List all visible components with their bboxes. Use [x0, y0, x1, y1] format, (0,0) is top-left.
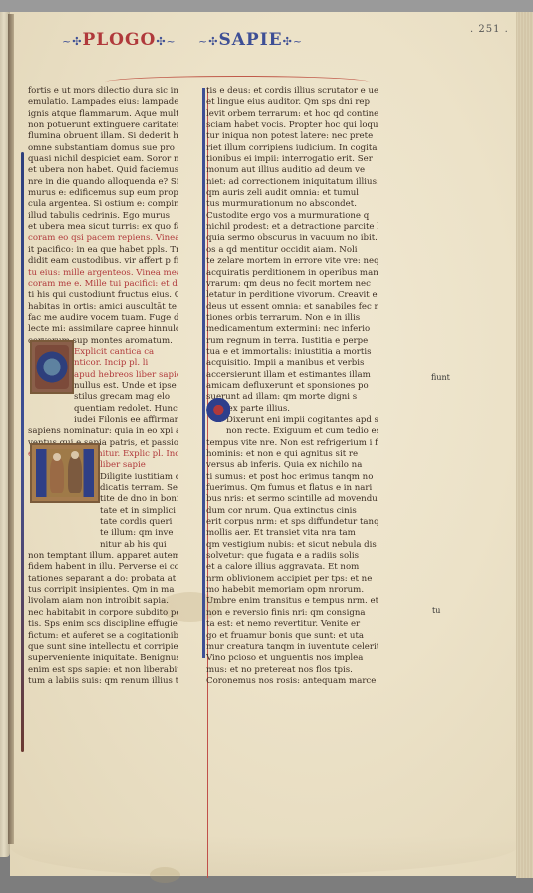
illuminated-initial-prologue	[30, 340, 74, 394]
text-line: medicamentum extermini: nec inferio	[206, 324, 378, 335]
text-line: quasi nichil despiciet eam. Soror nra pa…	[28, 154, 178, 165]
text-line: fuerimus. Qm fumus et flatus e in nari	[206, 483, 378, 494]
text-line: os a qd mentitur occidit aiam. Noli	[206, 245, 378, 256]
text-line: tis e deus: et cordis illius scrutator e…	[206, 86, 378, 97]
text-line: tum a labiis suis: qm renum illius test	[28, 676, 178, 687]
scan-background-top	[0, 0, 533, 12]
pen-flourish-icon: ~✣	[198, 35, 218, 48]
text-line: riet illum corripiens iudicium. In cogit…	[206, 143, 378, 154]
decorated-initial-dixerunt	[204, 396, 230, 424]
text-line: sciam habet vocis. Propter hoc qui loqu	[206, 120, 378, 131]
text-line: et ubera non habet. Quid faciemus sorori	[28, 165, 178, 176]
text-line: enim est sps sapie: et non liberabit mal…	[28, 665, 178, 676]
text-line: niet: ad correctionem iniquitatum illius…	[206, 177, 378, 188]
text-line: ta est: et nemo revertitur. Venite er	[206, 619, 378, 630]
text-line: tur iniqua non potest latere: nec prete	[206, 131, 378, 142]
text-line: monum aut illius auditio ad deum ve	[206, 165, 378, 176]
foliate-ornament-icon	[35, 345, 69, 389]
text-line: et a calore illius aggravata. Et nom	[206, 562, 378, 573]
text-line: dum cor nrum. Qua extinctus cinis	[206, 506, 378, 517]
folio-number: . 251 .	[470, 24, 509, 35]
text-line: nitur ab his qui	[28, 540, 178, 551]
text-line: acquiratis perditionem in operibus manuu	[206, 268, 378, 279]
text-line: cula argentea. Si ostium e: compingam	[28, 199, 178, 210]
text-line: non potuerunt extinguere caritatem: n	[28, 120, 178, 131]
text-line: Custodite ergo vos a murmuratione q	[206, 211, 378, 222]
text-line: fidem habent in illu. Perverse ei cogi	[28, 562, 178, 573]
text-line: quentiam redolet. Hunc	[28, 404, 178, 415]
text-line: tus murmurationum no abscondet.	[206, 199, 378, 210]
text-line: versus ab inferis. Quia ex nichilo na	[206, 460, 378, 471]
text-line: nec habitabit in corpore subdito pecca	[28, 608, 178, 619]
text-line: mollis aer. Et transiet vita nra tam	[206, 528, 378, 539]
standing-figure-icon	[68, 455, 82, 493]
text-line: fac me audire vocem tuam. Fuge di	[28, 313, 178, 324]
text-line: et ubera mea sicut turris: ex quo facta …	[28, 222, 178, 233]
running-head-left: ~✣PLOGO✣~	[62, 30, 177, 50]
figure-head-icon	[71, 451, 79, 459]
initial-d-frame	[36, 449, 94, 497]
text-line: tus corripit insipientes. Qm in ma	[28, 585, 178, 596]
text-line: amicam defluxerunt et sponsiones po	[206, 381, 378, 392]
text-line: non temptant illum. apparet autem eis q	[28, 551, 178, 562]
historiated-initial-d	[30, 443, 100, 503]
text-line: nichil prodest: et a detractione parcite…	[206, 222, 378, 233]
text-line: deus ut essent omnia: et sanabiles fec n…	[206, 302, 378, 313]
text-line: acquisitio. Impii a manibus et verbis	[206, 358, 378, 369]
marginal-vine-decoration	[21, 152, 24, 752]
binding-gutter	[8, 14, 14, 844]
text-line: Vino pcioso et unguentis nos implea	[206, 653, 378, 664]
marginal-note: fiunt	[431, 373, 450, 382]
text-line: tu eius: mille argenteos. Vinea mea	[28, 268, 178, 279]
text-line: sunt ex parte illius.	[206, 404, 378, 415]
text-line: qm auris zeli audit omnia: et tumul	[206, 188, 378, 199]
text-line: fictum: et auferet se a cogitationibus	[28, 631, 178, 642]
text-line: ti his qui custodiunt fructus eius. Que	[28, 290, 178, 301]
text-line: it pacifico: in ea que habet ppls. Tra	[28, 245, 178, 256]
text-line: habitas in ortis: amici auscultāt te	[28, 302, 178, 313]
text-line: bus nris: et sermo scintille ad movendu	[206, 494, 378, 505]
text-line: go et fruamur bonis que sunt: et uta	[206, 631, 378, 642]
text-line: lecte mi: assimilare capree hinnuloq	[28, 324, 178, 335]
pen-flourish-icon: ~✣	[62, 35, 82, 48]
text-line: nrm oblivionem accipiet per tps: et ne	[206, 574, 378, 585]
text-line: nre in die quando alloquenda e? Si	[28, 177, 178, 188]
text-line: tationes separant a do: probata at vir	[28, 574, 178, 585]
text-line: que sunt sine intellectu et corripietur …	[28, 642, 178, 653]
text-line: didit eam custodibus. vir affert p fruc	[28, 256, 178, 267]
text-line: et lingue eius auditor. Qm sps dni rep	[206, 97, 378, 108]
text-line: tua e et immortalis: iniustitia a mortis	[206, 347, 378, 358]
text-line: erit corpus nrm: et sps diffundetur tanq…	[206, 517, 378, 528]
text-line: levit orbem terrarum: et hoc qd continet…	[206, 109, 378, 120]
text-line: livolam aiam non introibit sapia.	[28, 596, 178, 607]
text-line: non recte. Exiguum et cum tedio est	[206, 426, 378, 437]
text-line: omne substantiam domus sue pro dilectioe	[28, 143, 178, 154]
text-line: fortis e ut mors dilectio dura sic infer…	[28, 86, 178, 97]
text-line: vrarum: qm deus no fecit mortem nec	[206, 279, 378, 290]
marginal-note: tu	[432, 606, 440, 615]
text-line: mo habebit memoriam opm nrorum.	[206, 585, 378, 596]
text-line: tempus vite nre. Non est refrigerium i f…	[206, 438, 378, 449]
running-head-right: ~✣SAPIE✣~	[198, 30, 303, 50]
text-line: Dixerunt eni impii cogitantes apd se	[206, 415, 378, 426]
text-line: mur creatura tanqm in iuventute celerite…	[206, 642, 378, 653]
running-head-right-text: SAPIE	[218, 30, 282, 50]
text-line: rum regnum in terra. Iustitia e perpe	[206, 336, 378, 347]
text-line: letatur in perditione vivorum. Creavit e	[206, 290, 378, 301]
text-line: suerunt ad illam: qm morte digni s	[206, 392, 378, 403]
seated-figure-icon	[50, 457, 64, 493]
text-line: coram eo qsi pacem repiens. Vinea fu	[28, 233, 178, 244]
text-line: te illum: qm inve	[28, 528, 178, 539]
text-line: qm vestigium nubis: et sicut nebula dis	[206, 540, 378, 551]
parchment-stain	[150, 867, 180, 883]
text-line: illud tabulis cedrinis. Ego murus	[28, 211, 178, 222]
text-column-b: tis e deus: et cordis illius scrutator e…	[206, 86, 378, 687]
text-line: ti sumus: et post hoc erimus tanqm no	[206, 472, 378, 483]
text-line: tis. Sps enim scs discipline effugiet	[28, 619, 178, 630]
page-edges-stack	[516, 12, 533, 878]
text-line: tiones orbis terrarum. Non e in illis	[206, 313, 378, 324]
text-line: iudei Filonis ee affirmant. Qui p	[28, 415, 178, 426]
text-line: solvetur: que fugata e a radiis solis	[206, 551, 378, 562]
text-line: coram me e. Mille tui pacifici: et ducē	[28, 279, 178, 290]
text-line: ignis atque flammarum. Aque multe	[28, 109, 178, 120]
text-line: non e reversio finis nri: qm consigna	[206, 608, 378, 619]
text-line: Umbre enim transitus e tempus nrm. et	[206, 596, 378, 607]
text-line: mus: et no pretereat nos flos tpis.	[206, 665, 378, 676]
text-line: hominis: et non e qui agnitus sit re	[206, 449, 378, 460]
text-line: te zelare mortem in errore vite vre: neq	[206, 256, 378, 267]
text-line: accersierunt illam et estimantes illam	[206, 370, 378, 381]
figure-head-icon	[53, 453, 61, 461]
text-line: quia sermo obscurus in vacuum no ibit.	[206, 233, 378, 244]
text-line: tate et in simplici	[28, 506, 178, 517]
text-line: flumina obruent illam. Si dederit ho	[28, 131, 178, 142]
text-line: tate cordis queri	[28, 517, 178, 528]
running-head-left-text: PLOGO	[82, 30, 156, 50]
text-line: tionibus ei impii: interrogatio erit. Se…	[206, 154, 378, 165]
text-line: Coronemus nos rosis: antequam marce	[206, 676, 378, 687]
pen-flourish-icon: ✣~	[156, 35, 176, 48]
column-rule-blue	[202, 88, 205, 658]
pen-flourish-icon: ✣~	[283, 35, 303, 48]
text-line: emulatio. Lampades eius: lampades	[28, 97, 178, 108]
text-line: murus e: edificemus sup eum propugna	[28, 188, 178, 199]
text-line: sapiens nominatur: quia in eo xpi ad	[28, 426, 178, 437]
text-line: superveniente iniquitate. Benignus	[28, 653, 178, 664]
